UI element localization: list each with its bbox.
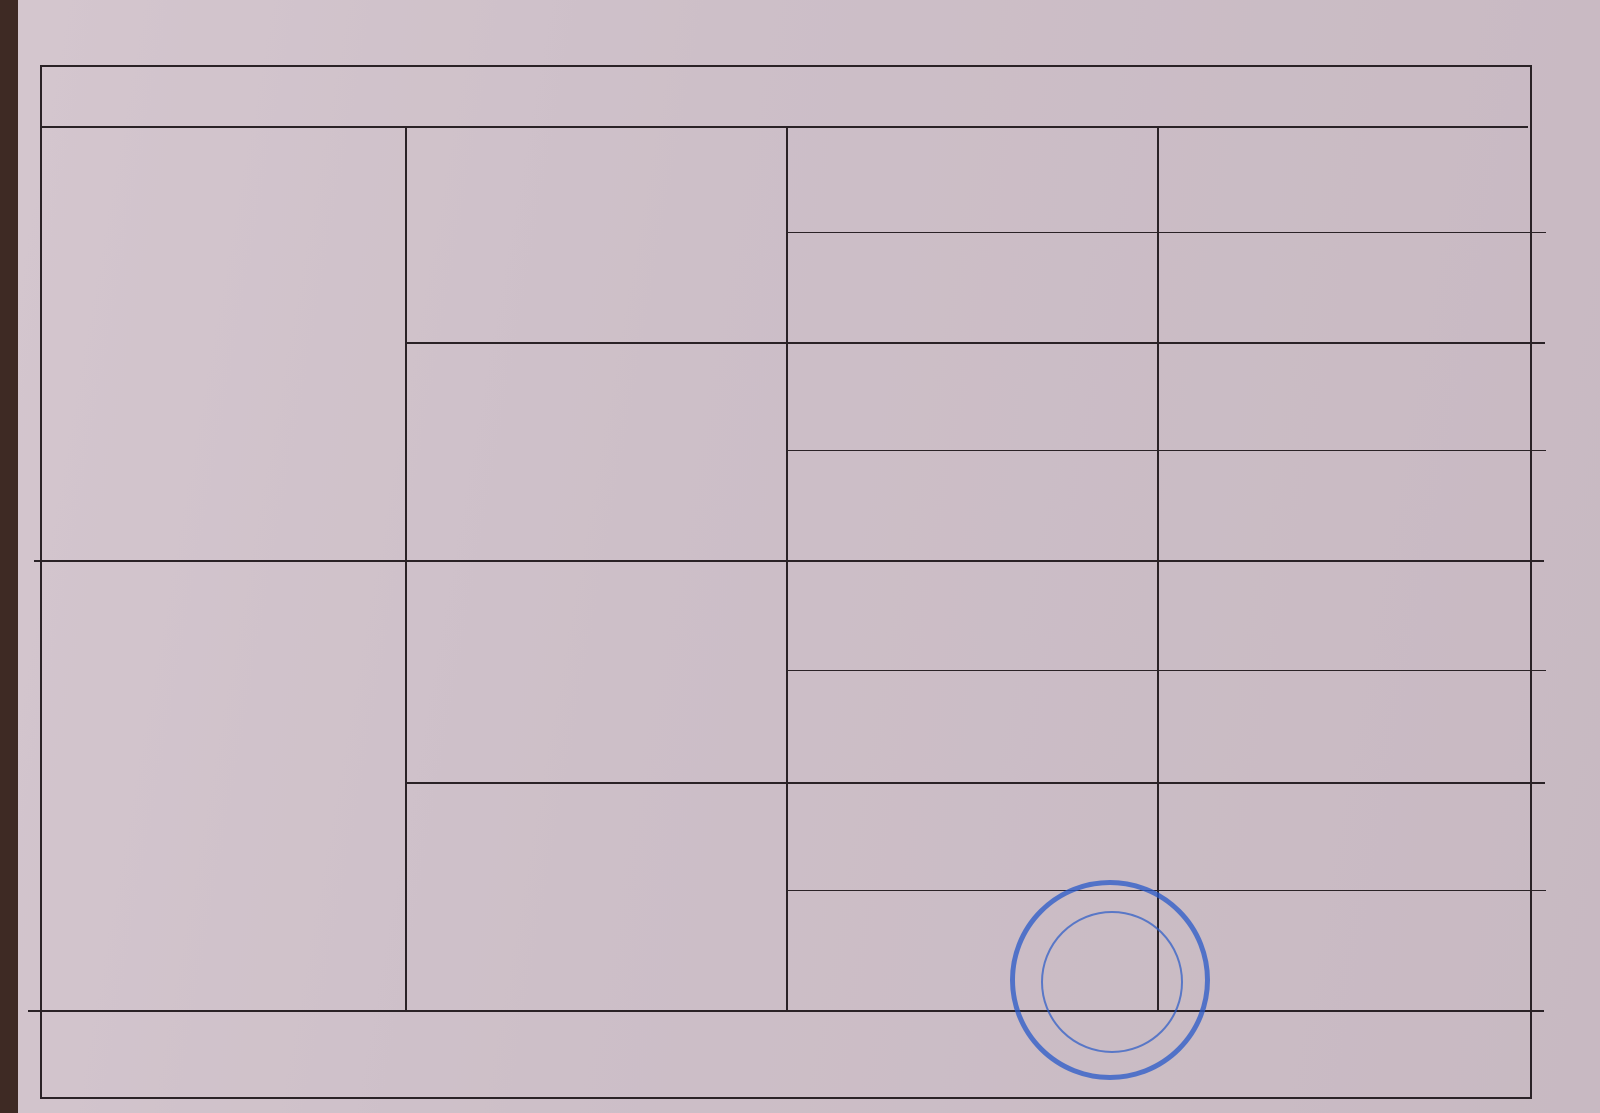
divider bbox=[1157, 126, 1159, 1010]
divider bbox=[786, 890, 1546, 891]
divider bbox=[28, 1010, 1544, 1012]
divider bbox=[786, 450, 1546, 451]
divider bbox=[405, 342, 1545, 344]
background-wood bbox=[0, 0, 18, 1113]
divider bbox=[786, 232, 1546, 233]
divider bbox=[405, 126, 407, 1010]
divider bbox=[786, 670, 1546, 671]
divider bbox=[40, 126, 1528, 128]
stamp-text bbox=[1072, 896, 1151, 1009]
divider bbox=[34, 560, 1544, 562]
stamp-inner-ring bbox=[1041, 911, 1183, 1053]
official-stamp bbox=[1010, 880, 1210, 1080]
divider bbox=[405, 782, 1545, 784]
divider bbox=[786, 126, 788, 1010]
